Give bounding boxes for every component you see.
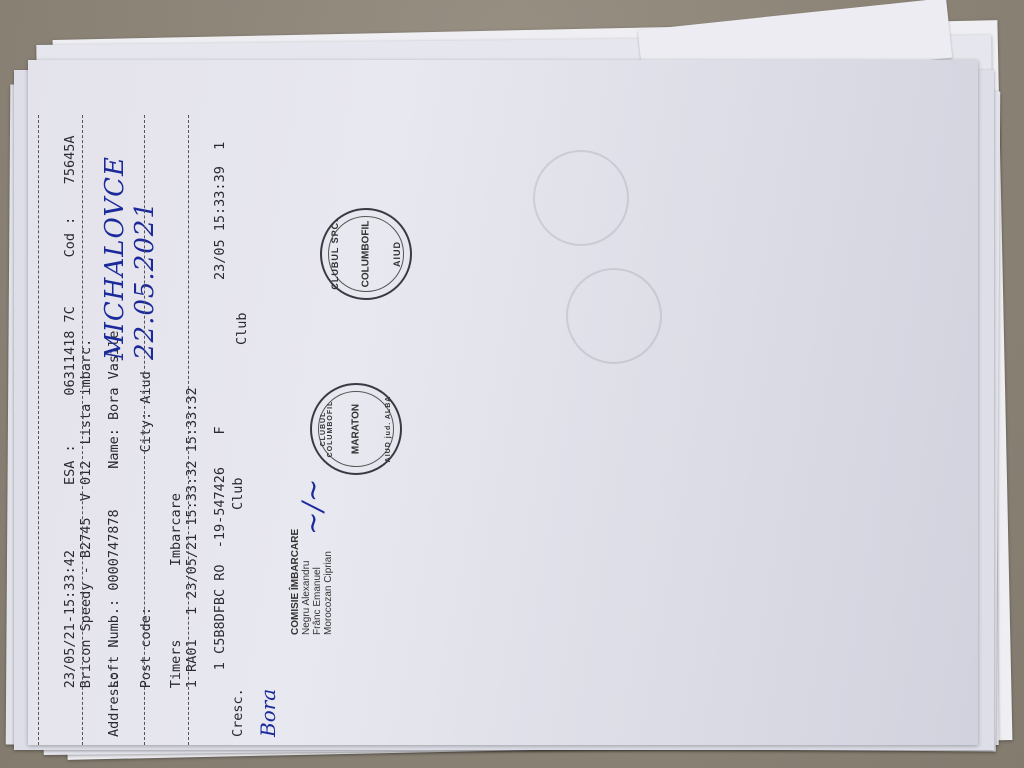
divider [82, 115, 83, 745]
stamp-center-text: MARATON [351, 385, 362, 473]
document-page: 23/05/21-15:33:42 ESA : 06311418 7C Cod … [28, 60, 978, 745]
bird-chip: C5B8DFBC [212, 589, 228, 654]
commission-member: Morocozan Ciprian [323, 529, 334, 635]
rotated-content: 23/05/21-15:33:42 ESA : 06311418 7C Cod … [28, 60, 978, 745]
club-label: Club [230, 477, 246, 510]
divider [38, 115, 39, 745]
commission-member: Negru Alexandru [301, 529, 312, 635]
bird-ring: -19-547426 [212, 467, 228, 548]
name-label: Name: [106, 428, 122, 469]
stamp-bottom-text: AIUD jud. ALBA [385, 385, 392, 473]
loft-numb-value: 0000747878 [106, 509, 122, 590]
stamp-club-spc: CLUBUL SPC. COLUMBOFIL AIUD [320, 208, 412, 300]
cresc-label: Cresc. [230, 688, 246, 737]
stamp-top-text: CLUBUL SPC. [330, 210, 340, 298]
bird-count: 1 [212, 142, 228, 150]
bird-time: 15:33:39 [212, 166, 228, 231]
cod-label: Cod : [62, 217, 78, 258]
handwritten-note: MICHALOVCE 22.05.2021 [100, 60, 160, 360]
bird-country: RO [212, 565, 228, 581]
stamp-top-text: CLUBUL COLUMBOFIL [320, 385, 334, 473]
commission-title: COMISIE ÎMBARCARE [290, 529, 301, 635]
club-label-2: Club [234, 312, 250, 345]
breeder-signature: Bora [256, 689, 280, 737]
divider [144, 115, 145, 745]
stamp-bottom-text: AIUD [392, 210, 402, 298]
bird-sex: F [212, 426, 228, 434]
commission-block: COMISIE ÎMBARCARE Negru Alexandru Frânc … [290, 529, 334, 635]
address-label: Address: [106, 672, 122, 737]
bird-row: 1 C5B8DFBC RO -19-547426 F 23/05 15:33:3… [196, 142, 244, 719]
divider [188, 115, 189, 745]
city-value: Aiud [138, 371, 154, 404]
commission-signature: ~/~ [296, 479, 329, 535]
stamp-center-text: COLUMBOFIL [361, 210, 372, 298]
commission-member: Frânc Emanuel [312, 529, 323, 635]
city-label: City: [138, 412, 154, 453]
bird-date: 23/05 [212, 239, 228, 280]
bird-index: 1 [212, 662, 228, 670]
stamp-club-maraton: CLUBUL COLUMBOFIL MARATON AIUD jud. ALBA [310, 383, 402, 475]
cod-value: 75645A [62, 135, 78, 184]
